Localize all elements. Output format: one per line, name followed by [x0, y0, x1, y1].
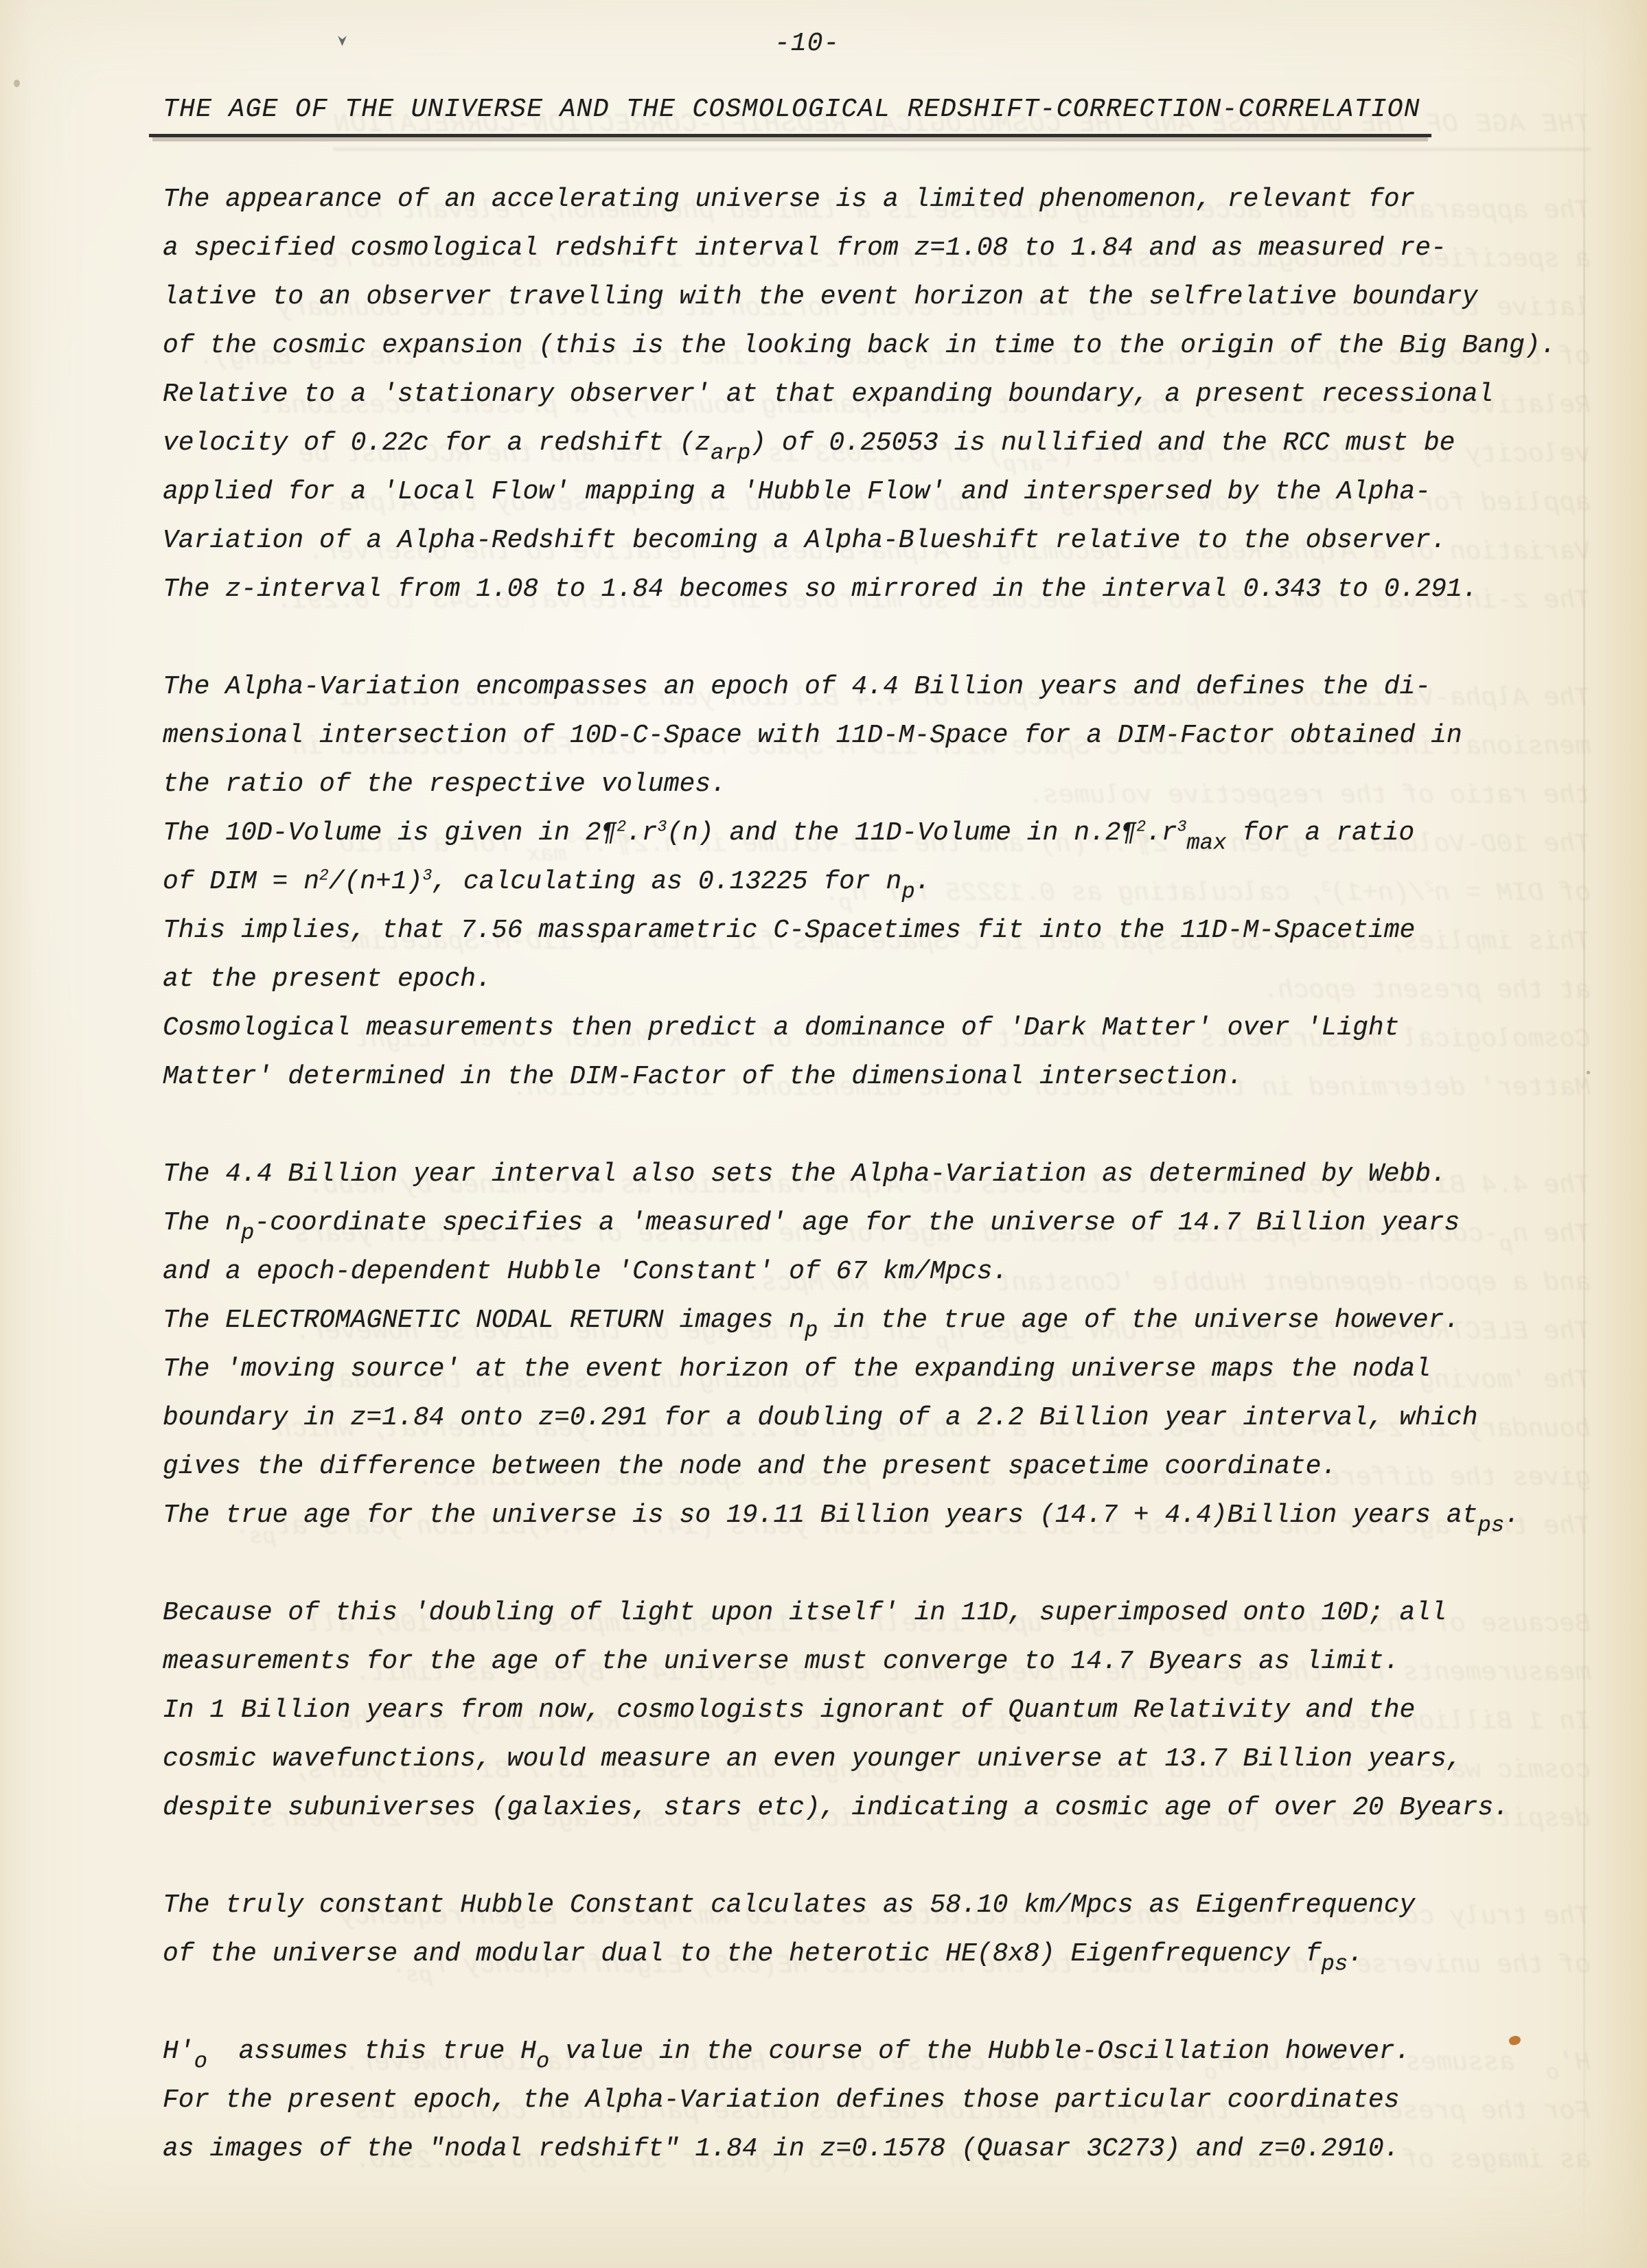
text-line: applied for a 'Local Flow' mapping a 'Hu… — [163, 467, 1591, 516]
ink-speck — [338, 36, 347, 46]
text-line: despite subuniverses (galaxies, stars et… — [163, 1783, 1591, 1832]
text-line: gives the difference between the node an… — [163, 1442, 1591, 1491]
text-line: Matter' determined in the DIM-Factor of … — [163, 1052, 1591, 1101]
page-number: -10- — [774, 29, 840, 58]
text-line: Variation of a Alpha-Redshift becoming a… — [163, 516, 1591, 565]
text-line: Cosmological measurements then predict a… — [163, 1004, 1591, 1052]
text-line: The appearance of an accelerating univer… — [163, 175, 1591, 224]
document-title-text: THE AGE OF THE UNIVERSE AND THE COSMOLOG… — [149, 95, 1431, 137]
text-line: The 10D-Volume is given in 2¶2.r3(n) and… — [163, 809, 1591, 857]
text-line: The np-coordinate specifies a 'measured'… — [163, 1199, 1591, 1247]
paragraph: Because of this 'doubling of light upon … — [163, 1588, 1591, 1832]
text-line: lative to an observer travelling with th… — [163, 273, 1591, 321]
text-line: In 1 Billion years from now, cosmologist… — [163, 1686, 1591, 1735]
paragraph: The appearance of an accelerating univer… — [163, 175, 1591, 614]
text-line: The true age for the universe is so 19.1… — [163, 1491, 1591, 1540]
text-line: of the universe and modular dual to the … — [163, 1930, 1591, 1978]
text-line: a specified cosmological redshift interv… — [163, 224, 1591, 273]
text-line: mensional intersection of 10D-C-Space wi… — [163, 711, 1591, 760]
text-line: of DIM = n2/(n+1)3, calculating as 0.132… — [163, 857, 1591, 906]
text-line: and a epoch-dependent Hubble 'Constant' … — [163, 1247, 1591, 1296]
text-line: The truly constant Hubble Constant calcu… — [163, 1881, 1591, 1930]
text-line: Relative to a 'stationary observer' at t… — [163, 370, 1591, 419]
text-line: measurements for the age of the universe… — [163, 1637, 1591, 1686]
text-line: velocity of 0.22c for a redshift (zarp) … — [163, 419, 1591, 467]
text-line: at the present epoch. — [163, 955, 1591, 1004]
paragraph: The truly constant Hubble Constant calcu… — [163, 1881, 1591, 1978]
text-line: Because of this 'doubling of light upon … — [163, 1588, 1591, 1637]
text-line: H'o assumes this true Ho value in the co… — [163, 2027, 1591, 2076]
text-line: cosmic wavefunctions, would measure an e… — [163, 1735, 1591, 1783]
text-line: The 4.4 Billion year interval also sets … — [163, 1150, 1591, 1199]
document-body: The appearance of an accelerating univer… — [163, 175, 1591, 2222]
text-line: boundary in z=1.84 onto z=0.291 for a do… — [163, 1393, 1591, 1442]
paper-speck — [1587, 1071, 1590, 1074]
document-title: THE AGE OF THE UNIVERSE AND THE COSMOLOG… — [163, 95, 1431, 137]
scanned-page: THE AGE OF THE UNIVERSE AND THE COSMOLOG… — [0, 0, 1647, 2268]
text-line: of the cosmic expansion (this is the loo… — [163, 321, 1591, 370]
text-line: For the present epoch, the Alpha-Variati… — [163, 2076, 1591, 2125]
text-line: The 'moving source' at the event horizon… — [163, 1345, 1591, 1393]
paper-crease — [1583, 0, 1585, 2268]
text-line: the ratio of the respective volumes. — [163, 760, 1591, 809]
text-line: The z-interval from 1.08 to 1.84 becomes… — [163, 565, 1591, 614]
paragraph: The 4.4 Billion year interval also sets … — [163, 1150, 1591, 1540]
text-line: This implies, that 7.56 massparametric C… — [163, 906, 1591, 955]
paragraph: The Alpha-Variation encompasses an epoch… — [163, 662, 1591, 1101]
text-line: The ELECTROMAGNETIC NODAL RETURN images … — [163, 1296, 1591, 1345]
paper-speck — [14, 80, 20, 87]
text-line: as images of the "nodal redshift" 1.84 i… — [163, 2125, 1591, 2173]
paragraph: H'o assumes this true Ho value in the co… — [163, 2027, 1591, 2173]
text-line: The Alpha-Variation encompasses an epoch… — [163, 662, 1591, 711]
